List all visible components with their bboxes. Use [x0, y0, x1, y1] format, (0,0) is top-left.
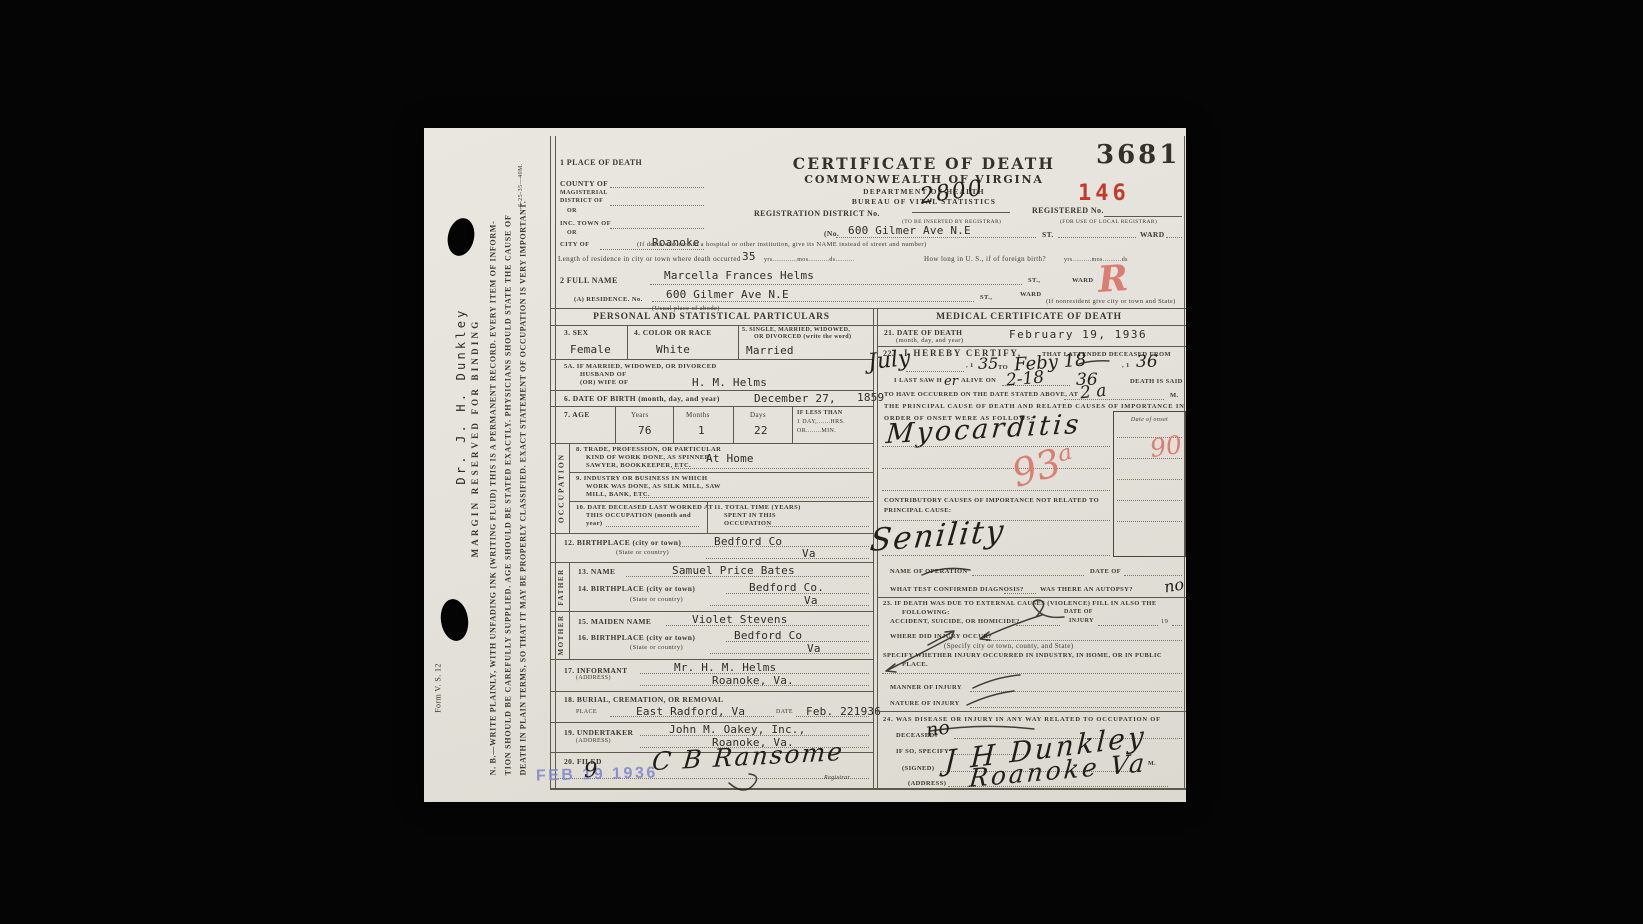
- rule-line: [550, 308, 1186, 309]
- dotted-line: [882, 673, 1182, 674]
- dotted-line: [610, 716, 774, 717]
- rule-line: [792, 406, 793, 443]
- rule-line: [550, 359, 873, 360]
- residence-length-label: Length of residence in city or town wher…: [558, 255, 741, 263]
- ward-label: WARD: [1140, 230, 1165, 239]
- q17-address-label: (ADDRESS): [576, 675, 611, 681]
- q12-state-label: (State or country): [616, 549, 669, 556]
- st-label: ST.,: [980, 294, 992, 301]
- serial-number: 3681: [1096, 140, 1180, 170]
- dotted-line: [710, 605, 869, 606]
- q23-label-1: 23. IF DEATH WAS DUE TO EXTERNAL CAUSES …: [883, 600, 1157, 607]
- q22-alive-label: ALIVE ON: [961, 377, 996, 384]
- rule-line: [738, 325, 739, 359]
- q18-label: 18. BURIAL, CREMATION, OR REMOVAL: [564, 695, 723, 704]
- q5a-label-1: 5A. IF MARRIED, WIDOWED, OR DIVORCED: [564, 363, 717, 370]
- pen-stroke: [967, 691, 1014, 705]
- if-so-label: IF SO, SPECIFY: [896, 748, 949, 755]
- dotted-line: [726, 593, 869, 594]
- dotted-line: [610, 205, 704, 206]
- age-days-header: Days: [750, 411, 766, 419]
- q8-label-1: 8. TRADE, PROFESSION, OR PARTICULAR: [576, 446, 721, 453]
- q13-label: 13. NAME: [578, 567, 615, 576]
- magisterial-label: MAGISTERIAL: [560, 190, 608, 196]
- place-of-death-label: 1 PLACE OF DEATH: [560, 158, 642, 167]
- where-sub-label: (Specify city or town, county, and State…: [944, 642, 1073, 650]
- registrar-label: Registrar: [824, 775, 850, 781]
- left-section-title: PERSONAL AND STATISTICAL PARTICULARS: [554, 312, 869, 322]
- residence-units: yrs.............mos...........ds........…: [764, 257, 854, 263]
- rule-line: [569, 472, 873, 473]
- q22-occurred-label: TO HAVE OCCURRED ON THE DATE STATED ABOV…: [884, 391, 1078, 398]
- dotted-line: [1166, 237, 1182, 238]
- nonresident-note: (If nonresident give city or town and St…: [1046, 298, 1176, 305]
- q16-label: 16. BIRTHPLACE (city or town): [578, 633, 695, 642]
- dotted-line: [650, 284, 1022, 285]
- ward-label: WARD: [1072, 277, 1093, 284]
- q11-label-3: OCCUPATION: [724, 520, 771, 527]
- where-label: WHERE DID INJURY OCCUR?: [890, 633, 992, 640]
- marital-value: Married: [746, 344, 794, 357]
- rule-line: [550, 533, 873, 534]
- q12-label: 12. BIRTHPLACE (city or town): [564, 538, 681, 547]
- county-label: COUNTY OF: [560, 179, 608, 188]
- local-registrar-note: (FOR USE OF LOCAL REGISTRAR): [1060, 219, 1157, 225]
- dotted-line: [970, 691, 1182, 692]
- q22-death-said-label: DEATH IS SAID: [1130, 378, 1183, 385]
- manner-label: MANNER OF INJURY: [890, 684, 962, 691]
- rule-line: [733, 406, 734, 443]
- pen-stroke: [973, 675, 1020, 688]
- q10-label-2: THIS OCCUPATION (month and: [586, 512, 691, 519]
- registration-district-label: REGISTRATION DISTRICT No.: [754, 209, 880, 218]
- residence-label: (A) RESIDENCE. No.: [574, 296, 643, 303]
- signed-label: (SIGNED): [902, 765, 934, 772]
- contributory-label-1: CONTRIBUTORY CAUSES OF IMPORTANCE NOT RE…: [884, 497, 1099, 504]
- st-label: ST.,: [1028, 277, 1040, 284]
- autopsy-label: WAS THERE AN AUTOPSY?: [1040, 586, 1133, 593]
- q22-certify-label: I HEREBY CERTIFY,: [904, 348, 1022, 358]
- q8-label-2: KIND OF WORK DONE, AS SPINNER,: [586, 454, 712, 461]
- city-label: CITY OF: [560, 241, 589, 248]
- dotted-line: [882, 446, 1110, 447]
- margin-form-code: Form V. S. 12: [434, 663, 443, 713]
- rule-line: [569, 443, 570, 533]
- injury-date-label-1: DATE OF: [1064, 609, 1093, 615]
- or-label: OR: [567, 230, 577, 236]
- margin-binding-note: MARGIN RESERVED FOR BINDING: [470, 319, 480, 558]
- filed-overwrite-digit: 9: [584, 758, 597, 782]
- q22-year2-handwriting: 36: [1136, 352, 1158, 372]
- rule-line: [550, 325, 1186, 326]
- dotted-line: [680, 546, 869, 547]
- dotted-line: [600, 249, 704, 250]
- q23-label-2: FOLLOWING:: [902, 609, 950, 616]
- dotted-line: [672, 468, 869, 469]
- registrar-signature: C B Ransome: [651, 737, 845, 776]
- rule-line: [550, 406, 873, 407]
- q21-sub-label: (month, day, and year): [896, 337, 963, 344]
- dob-label: 6. DATE OF BIRTH (month, day, and year): [564, 394, 720, 403]
- residence-value: 600 Gilmer Ave N.E: [666, 288, 789, 301]
- q22-year1-print: , 1: [966, 362, 974, 369]
- dotted-line: [626, 576, 869, 577]
- mother-side-label: MOTHER: [557, 615, 565, 656]
- age-days-value: 22: [754, 424, 768, 437]
- q24-answer-handwriting: no: [925, 716, 952, 741]
- rule-line: [615, 406, 616, 443]
- marital-label-2: OR DIVORCED (write the word): [754, 334, 851, 340]
- nb-line-1: N. B.—WRITE PLAINLY, WITH UNFADING INK (…: [486, 201, 501, 776]
- age-months-header: Months: [686, 411, 710, 419]
- dob-value: December 27,: [754, 392, 836, 405]
- district-label: DISTRICT OF: [560, 198, 603, 204]
- rule-line: [550, 390, 873, 391]
- punch-hole: [438, 597, 471, 642]
- q22-alive-date-handwriting: 2-18: [1005, 367, 1045, 390]
- specify-label-1: SPECIFY WHETHER INJURY OCCURRED IN INDUS…: [883, 652, 1162, 659]
- address-label: (ADDRESS): [908, 780, 946, 787]
- test-label: WHAT TEST CONFIRMED DIAGNOSIS?: [890, 586, 1024, 593]
- q22-year2-print: , 1: [1122, 362, 1130, 369]
- dotted-line: [1058, 237, 1136, 238]
- hospital-note: (If death occurred in a hospital or othe…: [637, 241, 927, 248]
- rule-line: [569, 501, 873, 502]
- father-side-label: FATHER: [557, 568, 565, 605]
- marital-label-1: 5. SINGLE, MARRIED, WIDOWED,: [742, 327, 850, 333]
- q5a-label-2: HUSBAND OF: [580, 371, 626, 378]
- age-label: 7. AGE: [564, 410, 590, 419]
- onset-header: Date of onset: [1114, 417, 1185, 423]
- dotted-line: [766, 526, 869, 527]
- dotted-line: [710, 653, 869, 654]
- q22-m-label: M.: [1170, 392, 1179, 399]
- if-less-label-3: OR........MIN.: [797, 428, 836, 434]
- punch-hole: [444, 216, 477, 259]
- margin-nb-note: N. B.—WRITE PLAINLY, WITH UNFADING INK (…: [486, 201, 531, 776]
- dotted-line: [882, 490, 1110, 491]
- dotted-line: [706, 558, 869, 559]
- ward-label: WARD: [1020, 291, 1041, 298]
- or-label: OR: [567, 208, 577, 214]
- rule-line: [550, 611, 873, 612]
- dotted-line: [1004, 593, 1036, 594]
- rule-line: [912, 212, 1010, 213]
- specify-label-2: PLACE.: [902, 661, 928, 668]
- q10-label-3: year): [586, 520, 602, 527]
- spouse-value: H. M. Helms: [692, 376, 767, 389]
- dotted-line: [796, 716, 869, 717]
- age-years-header: Years: [631, 411, 649, 419]
- dotted-line: [1064, 399, 1164, 400]
- q9-label-2: WORK WAS DONE, AS SILK MILL, SAW: [586, 483, 721, 490]
- age-years-value: 76: [638, 424, 652, 437]
- full-name-label: 2 FULL NAME: [560, 276, 618, 285]
- rule-line: [707, 501, 708, 533]
- dotted-line: [606, 526, 699, 527]
- if-less-label-1: IF LESS THAN: [797, 410, 842, 416]
- rule-line: [627, 325, 628, 359]
- age-months-value: 1: [698, 424, 705, 437]
- race-label: 4. COLOR OR RACE: [634, 328, 712, 337]
- q16-state-label: (State or country): [630, 644, 683, 651]
- dotted-line: [640, 685, 869, 686]
- dotted-line: [666, 625, 869, 626]
- full-name-value: Marcella Frances Helms: [664, 269, 814, 282]
- residence-length-value: 35: [742, 250, 756, 263]
- dotted-line: [972, 575, 1084, 576]
- dotted-line: [986, 640, 1182, 641]
- q5a-label-3: (OR) WIFE OF: [580, 379, 628, 386]
- sex-label: 3. SEX: [564, 328, 589, 337]
- q8-value: At Home: [706, 452, 754, 465]
- q17-label: 17. INFORMANT: [564, 666, 628, 675]
- st-label: ST.: [1042, 230, 1054, 239]
- q22-year1-handwriting: 35: [978, 354, 998, 373]
- accident-label: ACCIDENT, SUICIDE, OR HOMICIDE?: [890, 618, 1020, 625]
- dotted-line: [882, 555, 1110, 556]
- if-less-label-2: 1 DAY,.......HRS.: [797, 419, 845, 425]
- q15-label: 15. MAIDEN NAME: [578, 617, 651, 626]
- rule-line: [569, 611, 570, 659]
- nb-line-2: TION SHOULD BE CAREFULLY SUPPLIED. AGE S…: [501, 201, 516, 776]
- q14-label: 14. BIRTHPLACE (city or town): [578, 584, 695, 593]
- scan-background: 6-25-35—40M. Dr. J. H. Dunkley MARGIN RE…: [0, 0, 1643, 924]
- autopsy-answer-handwriting: no: [1163, 574, 1186, 596]
- q10-label-1: 10. DATE DECEASED LAST WORKED AT: [576, 504, 713, 511]
- q22-from-handwriting: July: [867, 346, 912, 375]
- q18-place-label: PLACE: [576, 709, 597, 715]
- right-section-title: MEDICAL CERTIFICATE OF DEATH: [879, 312, 1179, 322]
- q22-last-saw-label: I LAST SAW H: [894, 377, 942, 384]
- street-value: 600 Gilmer Ave N.E: [848, 224, 971, 237]
- q9-label-1: 9. INDUSTRY OR BUSINESS IN WHICH: [576, 475, 707, 482]
- rule-line: [550, 788, 1186, 790]
- onset-code-red-pen: 90: [1148, 430, 1184, 463]
- dotted-line: [1098, 625, 1158, 626]
- q18-date-label: DATE: [776, 709, 793, 715]
- q22-her-handwriting: er: [944, 374, 958, 389]
- sex-value: Female: [570, 343, 611, 356]
- contributory-label-2: PRINCIPAL CAUSE:: [884, 507, 952, 514]
- q11-label-2: SPENT IN THIS: [724, 512, 776, 519]
- nb-line-3: DEATH IN PLAIN TERMS, SO THAT IT MAY BE …: [516, 201, 531, 776]
- red-r-mark: R: [1097, 257, 1130, 301]
- dotted-line: [836, 237, 1036, 238]
- registered-no-label: REGISTERED No.: [1032, 206, 1104, 215]
- rule-line: [877, 711, 1186, 712]
- md-label: M.: [1148, 761, 1156, 767]
- inc-town-label: INC. TOWN OF: [560, 220, 611, 227]
- margin-doctor-name: Dr. J. H. Dunkley: [454, 307, 468, 484]
- dob-year-value: 1859: [857, 391, 884, 404]
- dotted-line: [1002, 385, 1070, 386]
- dotted-line: [652, 301, 974, 302]
- operation-date-label: DATE OF: [1090, 568, 1121, 575]
- q14-state-label: (State or country): [630, 596, 683, 603]
- death-certificate-document: 6-25-35—40M. Dr. J. H. Dunkley MARGIN RE…: [424, 128, 1186, 802]
- race-value: White: [656, 343, 690, 356]
- operation-label: NAME OF OPERATION: [890, 568, 968, 575]
- dotted-line: [640, 497, 869, 498]
- rule-line: [877, 346, 1186, 347]
- q11-label-1: 11. TOTAL TIME (YEARS): [714, 504, 801, 511]
- rule-line: [550, 659, 873, 660]
- dotted-line: [1172, 625, 1182, 626]
- rule-line: [673, 406, 674, 443]
- injury-date-label-2: INJURY: [1069, 618, 1094, 624]
- dotted-line: [610, 187, 704, 188]
- foreign-birth-label: How long in U. S., if of foreign birth?: [924, 255, 1046, 263]
- q19-address-label: (ADDRESS): [576, 738, 611, 744]
- rule-line: [569, 562, 570, 611]
- dotted-line: [726, 641, 869, 642]
- rule-line: [877, 597, 1186, 598]
- dotted-line: [610, 228, 704, 229]
- occupation-side-label: OCCUPATION: [557, 453, 566, 523]
- principal-label-1: THE PRINCIPAL CAUSE OF DEATH AND RELATED…: [884, 403, 1185, 410]
- abode-note: (Usual place of abode): [652, 305, 720, 312]
- certificate-title: CERTIFICATE OF DEATH: [744, 154, 1104, 173]
- q21-label: 21. DATE OF DEATH: [884, 328, 962, 337]
- rule-line: [550, 691, 873, 692]
- q21-value: February 19, 1936: [1009, 328, 1147, 341]
- rule-line: [550, 443, 873, 444]
- dotted-line: [1016, 625, 1060, 626]
- q19-label: 19. UNDERTAKER: [564, 728, 633, 737]
- rule-line: [550, 562, 873, 563]
- nature-label: NATURE OF INJURY: [890, 700, 960, 707]
- registered-no-stamp: 146: [1078, 181, 1130, 206]
- dotted-line: [906, 371, 964, 372]
- dotted-line: [970, 707, 1182, 708]
- rule-line: [1104, 216, 1182, 217]
- injury-year-print: 19: [1161, 618, 1168, 625]
